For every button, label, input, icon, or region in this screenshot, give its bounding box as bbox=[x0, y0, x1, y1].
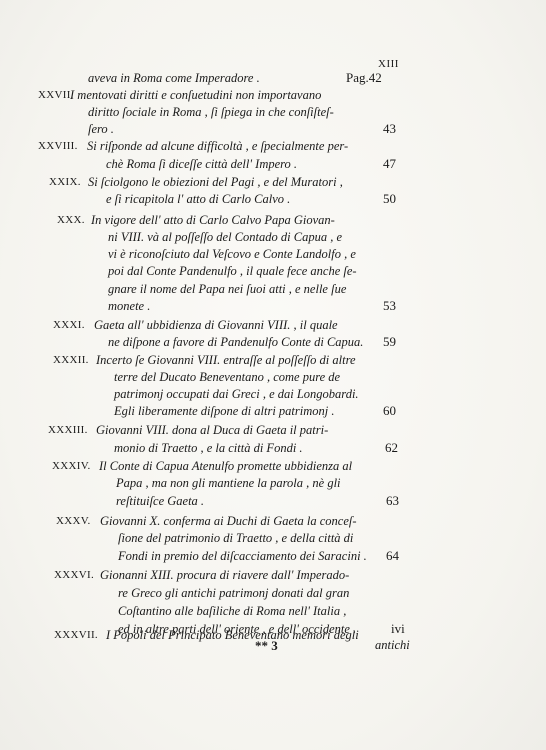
entry-line: Gionanni XIII. procura di riavere dall' … bbox=[100, 567, 349, 583]
entry-page: 64 bbox=[386, 548, 399, 564]
entry-line: Si ſciolgono le obiezioni del Pagi , e d… bbox=[88, 174, 343, 190]
entry-page: 53 bbox=[383, 298, 396, 314]
entry-line: ſione del patrimonio di Traetto , e dell… bbox=[118, 530, 353, 546]
entry-line: chè Roma ſi diceſſe città dell' Impero . bbox=[106, 156, 297, 172]
entry-line: ſero . bbox=[88, 121, 114, 137]
entry-line: Fondi in premio del diſcacciamento dei S… bbox=[118, 548, 367, 564]
entry-numeral: XXXVII. bbox=[54, 627, 98, 643]
entry-line: Egli liberamente diſpone di altri patrim… bbox=[114, 403, 334, 419]
entry-line: Incerto ſe Giovanni VIII. entraſſe al po… bbox=[96, 352, 356, 368]
entry-numeral: XXVII. bbox=[38, 87, 74, 103]
entry-line: terre del Ducato Beneventano , come pure… bbox=[114, 369, 340, 385]
entry-numeral: XXXI. bbox=[53, 317, 85, 333]
entry-line: diritto ſociale in Roma , ſi ſpiega in c… bbox=[88, 104, 334, 120]
entry-line: I mentovati diritti e conſuetudini non i… bbox=[70, 87, 321, 103]
entry-page: 59 bbox=[383, 334, 396, 350]
entry-line: Si riſponde ad alcune difficoltà , e ſpe… bbox=[87, 138, 348, 154]
entry-numeral: XXVIII. bbox=[38, 138, 78, 154]
entry-page: 63 bbox=[386, 493, 399, 509]
entry-line: reſtituiſce Gaeta . bbox=[116, 493, 204, 509]
entry-numeral: XXXIV. bbox=[52, 458, 91, 474]
entry-line: gnare il nome del Papa nei ſuoi atti , e… bbox=[108, 281, 346, 297]
entry-line: I Popoli del Principato Beneventano memo… bbox=[106, 627, 359, 643]
entry-line: Papa , ma non gli mantiene la parola , n… bbox=[116, 475, 341, 491]
entry-line: monio di Traetto , e la città di Fondi . bbox=[114, 440, 303, 456]
entry-line: Il Conte di Capua Atenulfo promette ubbi… bbox=[99, 458, 352, 474]
entry-page: Pag.42 bbox=[346, 70, 382, 86]
entry-line: patrimonj occupati dai Greci , e dai Lon… bbox=[114, 386, 359, 402]
entry-line: Giovanni VIII. dona al Duca di Gaeta il … bbox=[96, 422, 328, 438]
entry-numeral: XXXV. bbox=[56, 513, 91, 529]
entry-page: ivi bbox=[391, 621, 405, 637]
entry-line: In vigore dell' atto di Carlo Calvo Papa… bbox=[91, 212, 335, 228]
signature-mark: ** 3 bbox=[255, 638, 278, 654]
entry-line: ni VIII. và al poſſeſſo del Contado di C… bbox=[108, 229, 342, 245]
entry-numeral: XXIX. bbox=[49, 174, 81, 190]
entry-line: aveva in Roma come Imperadore . bbox=[88, 70, 260, 86]
entry-line: ne diſpone a favore di Pandenulfo Conte … bbox=[108, 334, 363, 350]
entry-line: Gaeta all' ubbidienza di Giovanni VIII. … bbox=[94, 317, 338, 333]
entry-numeral: XXXVI. bbox=[54, 567, 94, 583]
entry-numeral: XXXIII. bbox=[48, 422, 88, 438]
entry-line: e ſi ricapitola l' atto di Carlo Calvo . bbox=[106, 191, 290, 207]
entry-line: poi dal Conte Pandenulfo , il quale fece… bbox=[108, 263, 357, 279]
entry-line: Coſtantino alle baſiliche di Roma nell' … bbox=[118, 603, 346, 619]
entry-line: Giovanni X. conferma ai Duchi di Gaeta l… bbox=[100, 513, 357, 529]
entry-line: vi è riconoſciuto dal Veſcovo e Conte La… bbox=[108, 246, 356, 262]
entry-page: 62 bbox=[385, 440, 398, 456]
folio-number: XIII bbox=[378, 58, 399, 70]
book-page: XIII aveva in Roma come Imperadore . Pag… bbox=[0, 0, 546, 750]
entry-line: monete . bbox=[108, 298, 150, 314]
entry-page: 47 bbox=[383, 156, 396, 172]
catchword: antichi bbox=[375, 638, 410, 653]
entry-page: 60 bbox=[383, 403, 396, 419]
entry-numeral: XXXII. bbox=[53, 352, 89, 368]
entry-page: 50 bbox=[383, 191, 396, 207]
entry-numeral: XXX. bbox=[57, 212, 85, 228]
entry-line: re Greco gli antichi patrimonj donati da… bbox=[118, 585, 349, 601]
entry-page: 43 bbox=[383, 121, 396, 137]
